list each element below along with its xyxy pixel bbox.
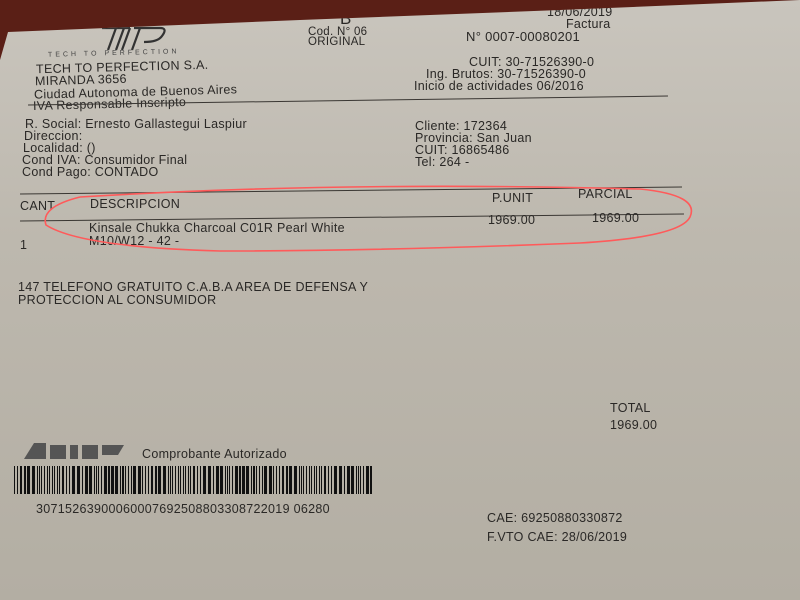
item-unit-price: 1969.00 [488,213,535,227]
item-description-line1: Kinsale Chukka Charcoal C01R Pearl White [89,221,345,235]
total-value: 1969.00 [610,418,657,432]
item-subtotal: 1969.00 [592,211,639,225]
total-label: TOTAL [610,401,651,415]
cae-expiry: F.VTO CAE: 28/06/2019 [487,530,627,544]
barcode-number: 30715263900060007692508803308722019 0628… [36,502,330,516]
consumer-notice-line2: PROTECCION AL CONSUMIDOR [18,293,216,307]
invoice-paper: TECH TO PERFECTION TECH TO PERFECTION S.… [0,0,800,600]
barcode [14,466,454,494]
cae-number: CAE: 69250880330872 [487,511,623,525]
company-start-date: Inicio de actividades 06/2016 [414,79,584,93]
header-subtotal: PARCIAL [578,187,633,201]
header-qty: CANT [20,199,55,213]
item-description-line2: M10/W12 - 42 - [89,234,179,248]
item-qty: 1 [20,238,27,252]
logo-tagline: TECH TO PERFECTION [48,48,180,58]
customer-cond-pago: Cond Pago: CONTADO [22,165,158,179]
invoice-number: N° 0007-00080201 [466,29,580,44]
authorization-label: Comprobante Autorizado [142,447,287,461]
header-unit-price: P.UNIT [492,191,533,205]
header-description: DESCRIPCION [90,197,180,211]
consumer-notice-line1: 147 TELEFONO GRATUITO C.A.B.A AREA DE DE… [18,280,368,294]
invoice-copy: ORIGINAL [308,36,365,48]
customer-tel: Tel: 264 - [415,155,469,169]
afip-logo-icon [24,443,124,459]
